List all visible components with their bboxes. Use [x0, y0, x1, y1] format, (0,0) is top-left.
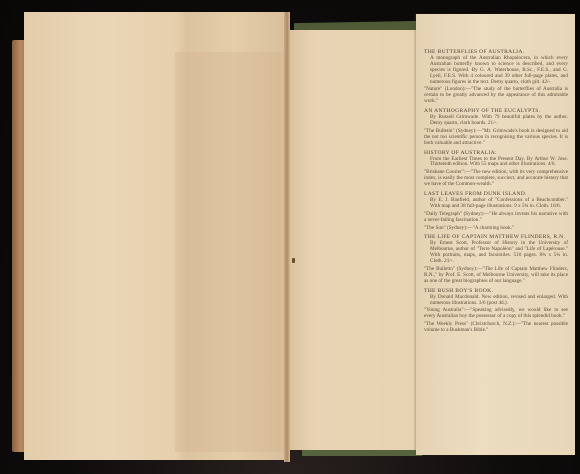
ad-review: "The Weekly Press" (Christchurch, N.Z.):… [424, 322, 568, 334]
ad-entry: AN ANTHOGRAPHY OF THE EUCALYPTS. By Russ… [424, 109, 568, 146]
ad-body: By Russell Grimwade. With 79 beautiful p… [424, 115, 568, 127]
ad-review: "The Bulletin" (Sydney):—"The Life of Ca… [424, 267, 568, 285]
ad-review: "Brisbane Courier":—"The new edition, wi… [424, 170, 568, 188]
ad-body: By Donald Macdonald. New edition, revise… [424, 295, 568, 307]
ad-body: By E. J. Banfield, author of "Confession… [424, 198, 568, 210]
ad-entry: THE BUTTERFLIES OF AUSTRALIA. A monograp… [424, 50, 568, 105]
ad-entry: LAST LEAVES FROM DUNK ISLAND. By E. J. B… [424, 192, 568, 231]
foxing-stain [175, 52, 286, 452]
ad-review: "The Sun" (Sydney):—"A charming book." [424, 226, 568, 232]
right-endpaper [290, 30, 418, 450]
ad-review: "Daily Telegraph" (Sydney):—"He always i… [424, 212, 568, 224]
ad-body: From the Earliest Times to the Present D… [424, 157, 568, 169]
ad-review: "The Bulletin" (Sydney):—"Mr. Grimwade's… [424, 129, 568, 147]
advertisement-list: THE BUTTERFLIES OF AUSTRALIA. A monograp… [424, 50, 568, 338]
ad-review: "Young Australia":—"Speaking advisedly, … [424, 308, 568, 320]
ad-body: A monograph of the Australian Rhopalocer… [424, 56, 568, 86]
ad-body: By Ernest Scott, Professor of History in… [424, 241, 568, 265]
ad-review: "Nature" (London):—"The study of the but… [424, 87, 568, 105]
paper-spot [292, 258, 295, 263]
ad-entry: THE BUSH BOY'S BOOK. By Donald Macdonald… [424, 289, 568, 334]
left-endpaper [24, 12, 286, 460]
ad-title: THE BUSH BOY'S BOOK. [424, 288, 493, 294]
ad-entry: HISTORY OF AUSTRALIA: From the Earliest … [424, 151, 568, 188]
ad-title: HISTORY OF AUSTRALIA: [424, 150, 497, 156]
ad-entry: THE LIFE OF CAPTAIN MATTHEW FLINDERS, R.… [424, 235, 568, 284]
